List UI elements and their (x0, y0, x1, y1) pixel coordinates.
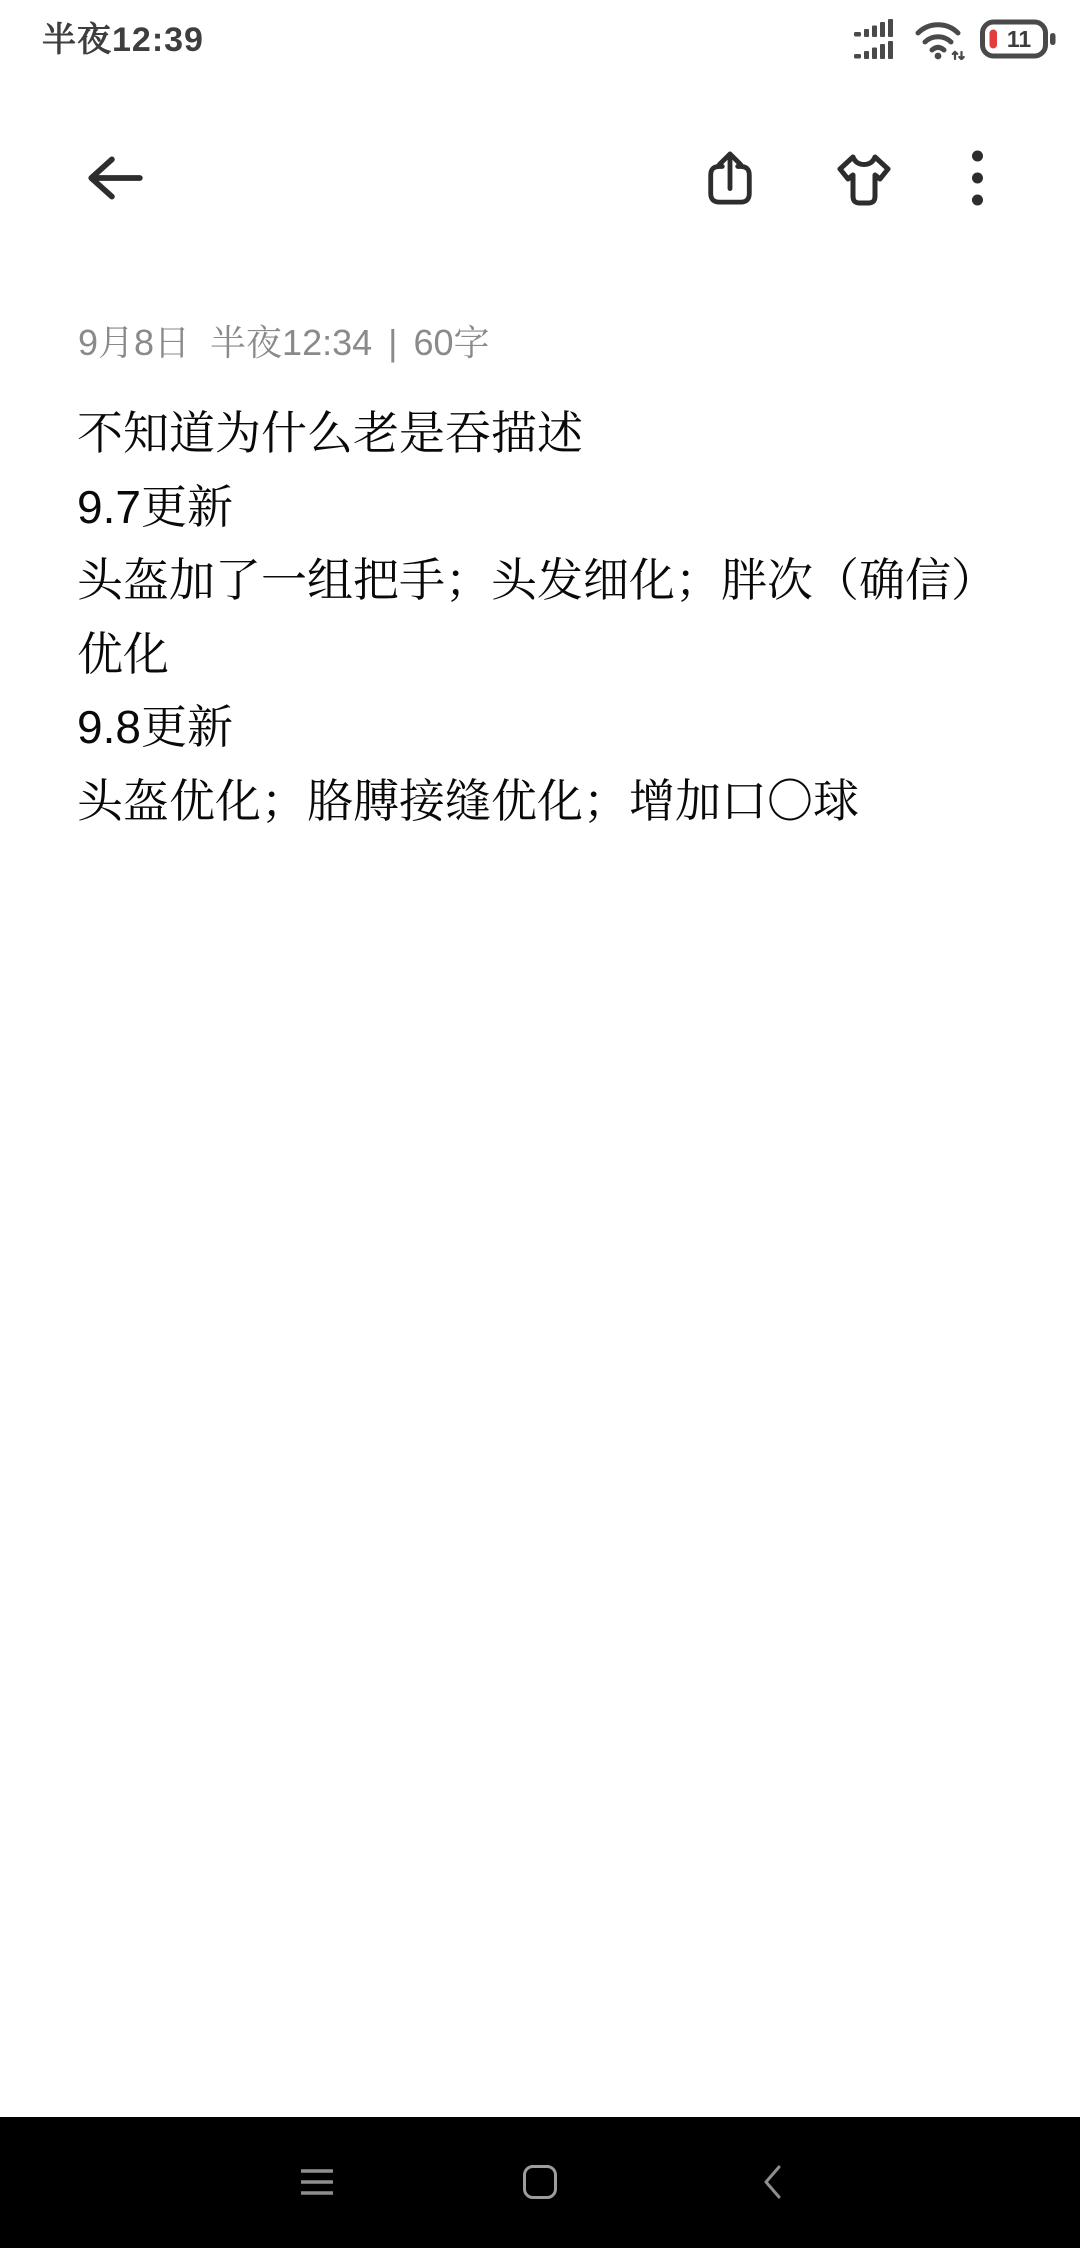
note-line: 不知道为什么老是吞描述 (77, 397, 1020, 471)
back-button[interactable] (84, 152, 144, 204)
battery-level-fill (990, 30, 998, 49)
status-bar: 半夜12:39 (0, 0, 1080, 72)
navigation-bar (0, 2117, 1080, 2248)
home-button[interactable] (510, 2152, 570, 2212)
note-line: 9.7更新 (77, 471, 1020, 545)
more-button[interactable] (971, 149, 984, 207)
back-arrow-icon (84, 152, 144, 204)
battery-percent-text: 11 (998, 19, 1040, 59)
recents-icon (301, 2169, 333, 2195)
status-icons: 11 (854, 18, 1056, 60)
theme-button[interactable] (831, 149, 897, 207)
note-body-text[interactable]: 不知道为什么老是吞描述 9.7更新 头盔加了一组把手；头发细化；胖次（确信） 优… (77, 397, 1020, 838)
note-line: 优化 (77, 618, 1020, 692)
nav-back-button[interactable] (742, 2152, 802, 2212)
note-word-count: 60字 (414, 321, 490, 365)
battery-icon: 11 (980, 19, 1056, 59)
share-icon (703, 148, 757, 208)
note-line: 头盔加了一组把手；头发细化；胖次（确信） (77, 544, 1020, 618)
note-date: 9月8日 (78, 321, 190, 365)
home-icon (523, 2165, 557, 2199)
note-line: 头盔优化；胳膊接缝优化；增加口〇球 (77, 765, 1020, 839)
meta-divider: | (388, 321, 397, 365)
note-edit-time: 半夜12:34 (210, 321, 372, 365)
note-meta: 9月8日 半夜12:34 | 60字 (78, 321, 490, 365)
dual-sim-signal-icon (854, 19, 900, 59)
nav-back-icon (763, 2165, 781, 2199)
status-time: 半夜12:39 (42, 12, 204, 61)
toolbar-actions (703, 148, 984, 208)
toolbar (0, 120, 1080, 236)
notes-app-screen: 半夜12:39 (0, 0, 1080, 2248)
recents-button[interactable] (287, 2152, 347, 2212)
note-line: 9.8更新 (77, 691, 1020, 765)
theme-tshirt-icon (831, 149, 897, 207)
share-button[interactable] (703, 148, 757, 208)
wifi-icon (914, 18, 966, 60)
more-menu-icon (971, 149, 984, 207)
